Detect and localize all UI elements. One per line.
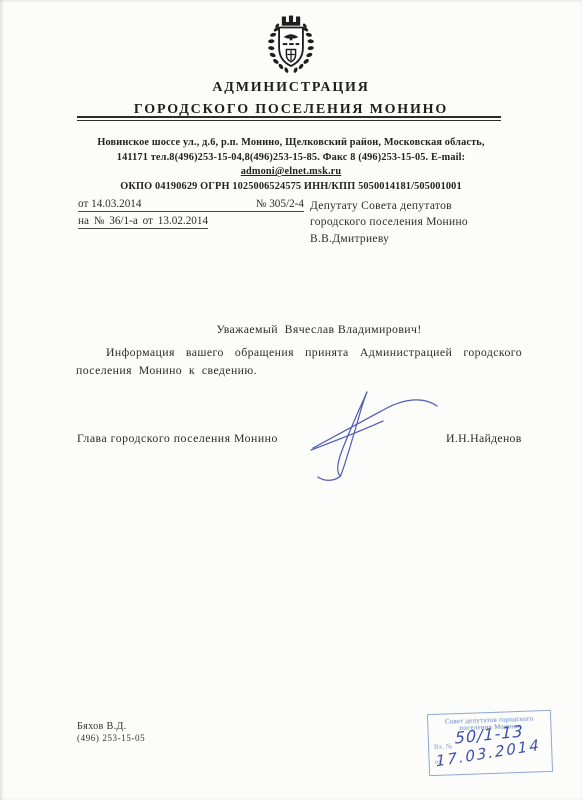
outgoing-ref-line: от 14.03.2014 № 305/2-4 (78, 198, 304, 212)
executor-block: Бяхов В.Д. (496) 253-15-05 (77, 721, 145, 743)
org-name-line1: АДМИНИСТРАЦИЯ (0, 77, 582, 99)
address-line2: 141171 тел.8(496)253-15-04,8(496)253-15-… (71, 151, 511, 166)
monino-coat-of-arms-icon (258, 12, 324, 76)
organization-name: АДМИНИСТРАЦИЯ ГОРОДСКОГО ПОСЕЛЕНИЯ МОНИН… (0, 77, 582, 120)
handwritten-signature (293, 386, 445, 481)
incoming-ref-line: на № 36/1-а от 13.02.2014 (78, 215, 208, 229)
recipient-line2: городского поселения Монино (310, 214, 468, 230)
signer-name: И.Н.Найденов (446, 431, 522, 446)
body-paragraph: Информация вашего обращения принята Адми… (76, 344, 522, 379)
address-line1: Новинское шоссе ул., д.6, р.п. Монино, Щ… (71, 136, 511, 151)
salutation: Уважаемый Вячеслав Владимирович! (96, 322, 542, 337)
outgoing-number: № 305/2-4 (256, 198, 304, 210)
header-divider-rule (77, 116, 501, 121)
letterhead-address-block: Новинское шоссе ул., д.6, р.п. Монино, Щ… (71, 136, 511, 194)
email-line: admoni@elnet.msk.ru (71, 165, 511, 180)
email-text: admoni@elnet.msk.ru (241, 166, 342, 177)
reference-numbers-block: от 14.03.2014 № 305/2-4 на № 36/1-а от 1… (78, 198, 304, 229)
dashed-fess-icon (283, 43, 300, 45)
executor-phone: (496) 253-15-05 (77, 733, 145, 743)
registration-numbers-line: ОКПО 04190629 ОГРН 1025006524575 ИНН/КПП… (71, 180, 511, 195)
recipient-line3: В.В.Дмитриеву (310, 231, 468, 247)
signature-strokes (311, 392, 437, 480)
incoming-registration-stamp: Совет депутатов городского поселения Мон… (427, 710, 553, 776)
recipient-line1: Депутату Совета депутатов (310, 198, 468, 214)
letter-page: АДМИНИСТРАЦИЯ ГОРОДСКОГО ПОСЕЛЕНИЯ МОНИН… (0, 0, 582, 800)
outgoing-date: от 14.03.2014 (78, 198, 141, 210)
mural-crown-icon (282, 16, 300, 26)
recipient-block: Депутату Совета депутатов городского пос… (310, 198, 468, 247)
signer-title: Глава городского поселения Монино (77, 431, 278, 446)
executor-name: Бяхов В.Д. (77, 721, 145, 732)
